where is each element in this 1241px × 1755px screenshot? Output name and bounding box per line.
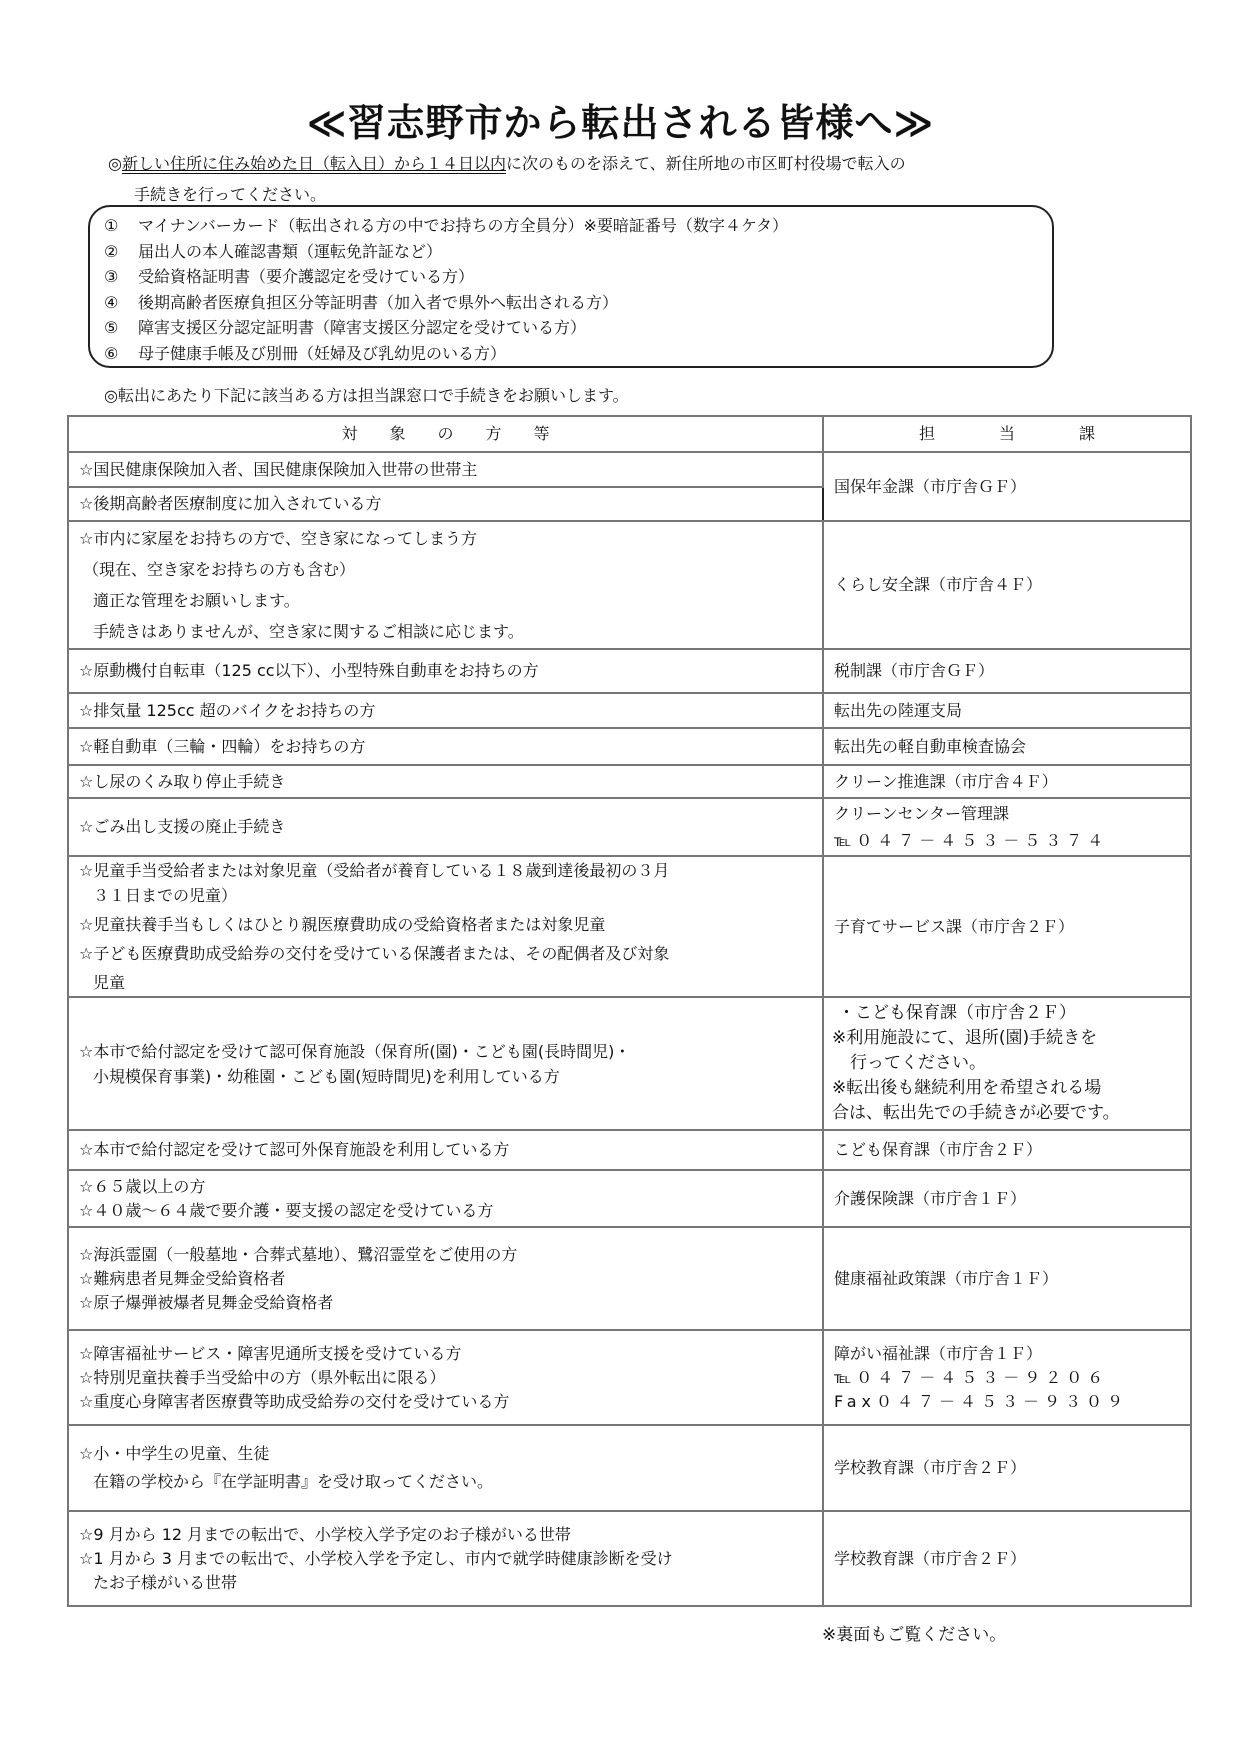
required-documents-box: ①マイナンバーカード（転出される方の中でお持ちの方全員分）※要暗証番号（数字４ケ…	[88, 205, 1054, 368]
target-line: ☆児童扶養手当もしくはひとり親医療費助成の受給資格者または対象児童	[79, 912, 822, 937]
department-line: 合は、転出先での手続きが必要です。	[832, 1101, 1190, 1126]
department-cell: 介護保険課（市庁舎１Ｆ）	[823, 1170, 1191, 1227]
target-line: たお子様がいる世帯	[79, 1571, 822, 1595]
target-line: ☆重度心身障害者医療費等助成受給券の交付を受けている方	[79, 1390, 822, 1414]
department-line: こども保育課（市庁舎２Ｆ）	[834, 1140, 1042, 1159]
table-row: ☆障害福祉サービス・障害児通所支援を受けている方 ☆特別児童扶養手当受給中の方（…	[68, 1330, 1191, 1425]
department-line: 国保年金課（市庁舎ＧＦ）	[834, 477, 1026, 496]
department-line: 学校教育課（市庁舎２Ｆ）	[834, 1549, 1026, 1568]
department-line: 子育てサービス課（市庁舎２Ｆ）	[834, 917, 1074, 936]
department-cell: 学校教育課（市庁舎２Ｆ）	[823, 1425, 1191, 1511]
target-cell: ☆海浜霊園（一般墓地・合葬式墓地）、鷺沼霊堂をご使用の方 ☆難病患者見舞金受給資…	[68, 1227, 823, 1330]
target-cell: ☆9 月から 12 月までの転出で、小学校入学予定のお子様がいる世帯 ☆1 月か…	[68, 1511, 823, 1606]
department-cell: 子育てサービス課（市庁舎２Ｆ）	[823, 856, 1191, 997]
document-item: ⑥母子健康手帳及び別冊（妊婦及び乳幼児のいる方）	[104, 341, 1052, 367]
table-row: ☆原動機付自転車（125 cc以下）、小型特殊自動車をお持ちの方 税制課（市庁舎…	[68, 649, 1191, 693]
department-cell: ・こども保育課（市庁舎２Ｆ） ※利用施設にて、退所(園)手続きを 行ってください…	[823, 997, 1191, 1130]
document-item: ①マイナンバーカード（転出される方の中でお持ちの方全員分）※要暗証番号（数字４ケ…	[104, 213, 1052, 239]
intro-rest: に次のものを添えて、新住所地の市区町村役場で転入の	[506, 154, 906, 173]
table-row: ☆ごみ出し支援の廃止手続き クリーンセンター管理課 ℡０４７－４５３－５３７４	[68, 798, 1191, 856]
target-cell: ☆ごみ出し支援の廃止手続き	[68, 798, 823, 856]
target-line: ☆特別児童扶養手当受給中の方（県外転出に限る）	[79, 1366, 822, 1390]
target-cell: ☆排気量 125cc 超のバイクをお持ちの方	[68, 693, 823, 728]
target-line: ☆ごみ出し支援の廃止手続き	[79, 817, 285, 836]
item-number: ⑥	[104, 341, 138, 367]
department-line: 行ってください。	[832, 1051, 1190, 1076]
document-item: ⑤障害支援区分認定証明書（障害支援区分認定を受けている方）	[104, 315, 1052, 341]
target-cell: ☆し尿のくみ取り停止手続き	[68, 765, 823, 798]
department-cell: 転出先の陸運支局	[823, 693, 1191, 728]
item-number: ②	[104, 239, 138, 265]
department-line: ※転出後も継続利用を希望される場	[832, 1076, 1190, 1101]
target-line: ☆し尿のくみ取り停止手続き	[79, 772, 285, 791]
target-line: ☆６５歳以上の方	[79, 1175, 822, 1199]
department-cell: くらし安全課（市庁舎４Ｆ）	[823, 521, 1191, 649]
department-line: 健康福祉政策課（市庁舎１Ｆ）	[834, 1269, 1058, 1288]
department-line: ・こども保育課（市庁舎２Ｆ）	[832, 1001, 1190, 1026]
target-line: ☆9 月から 12 月までの転出で、小学校入学予定のお子様がいる世帯	[79, 1523, 822, 1547]
table-row: ☆し尿のくみ取り停止手続き クリーン推進課（市庁舎４Ｆ）	[68, 765, 1191, 798]
target-line: ☆本市で給付認定を受けて認可外保育施設を利用している方	[79, 1140, 509, 1159]
target-cell: ☆児童手当受給者または対象児童（受給者が養育している１８歳到達後最初の３月 ３１…	[68, 856, 823, 997]
item-text: 後期高齢者医療負担区分等証明書（加入者で県外へ転出される方）	[138, 293, 618, 312]
department-cell: 学校教育課（市庁舎２Ｆ）	[823, 1511, 1191, 1606]
department-line: クリーン推進課（市庁舎４Ｆ）	[834, 772, 1058, 791]
department-line: ※利用施設にて、退所(園)手続きを	[832, 1026, 1190, 1051]
phone-number: ℡０４７－４５３－９２０６	[834, 1366, 1190, 1390]
intro-text: ◎新しい住所に住み始めた日（転入日）から１４日以内に次のものを添えて、新住所地の…	[108, 148, 1168, 210]
table-row: ☆軽自動車（三輪・四輪）をお持ちの方 転出先の軽自動車検査協会	[68, 728, 1191, 765]
table-row: ☆9 月から 12 月までの転出で、小学校入学予定のお子様がいる世帯 ☆1 月か…	[68, 1511, 1191, 1606]
item-text: 受給資格証明書（要介護認定を受けている方）	[138, 267, 474, 286]
item-number: ⑤	[104, 315, 138, 341]
document-item: ③受給資格証明書（要介護認定を受けている方）	[104, 264, 1052, 290]
target-line: ☆児童手当受給者または対象児童（受給者が養育している１８歳到達後最初の３月	[79, 858, 822, 883]
table-header-row: 対 象 の 方 等 担 当 課	[68, 416, 1191, 452]
target-cell: ☆小・中学生の児童、生徒 在籍の学校から『在学証明書』を受け取ってください。	[68, 1425, 823, 1511]
target-cell: ☆後期高齢者医療制度に加入されている方	[68, 487, 823, 521]
target-line: 小規模保育事業)・幼稚園・こども園(短時間児)を利用している方	[79, 1064, 822, 1089]
table-row: ☆排気量 125cc 超のバイクをお持ちの方 転出先の陸運支局	[68, 693, 1191, 728]
target-line: ☆本市で給付認定を受けて認可保育施設（保育所(園)・こども園(長時間児)・	[79, 1039, 822, 1064]
item-text: 届出人の本人確認書類（運転免許証など）	[138, 242, 442, 261]
table-row: ☆６５歳以上の方 ☆４０歳～６４歳で要介護・要支援の認定を受けている方 介護保険…	[68, 1170, 1191, 1227]
department-cell: クリーンセンター管理課 ℡０４７－４５３－５３７４	[823, 798, 1191, 856]
department-cell: クリーン推進課（市庁舎４Ｆ）	[823, 765, 1191, 798]
target-line: ☆後期高齢者医療制度に加入されている方	[79, 494, 381, 513]
target-cell: ☆国民健康保険加入者、国民健康保険加入世帯の世帯主	[68, 452, 823, 487]
table-row: ☆海浜霊園（一般墓地・合葬式墓地）、鷺沼霊堂をご使用の方 ☆難病患者見舞金受給資…	[68, 1227, 1191, 1330]
target-line: ☆軽自動車（三輪・四輪）をお持ちの方	[79, 737, 365, 756]
target-line: ☆原動機付自転車（125 cc以下）、小型特殊自動車をお持ちの方	[79, 661, 539, 680]
department-line: 障がい福祉課（市庁舎１Ｆ）	[834, 1342, 1190, 1366]
table-row: ☆小・中学生の児童、生徒 在籍の学校から『在学証明書』を受け取ってください。 学…	[68, 1425, 1191, 1511]
target-line: 児童	[79, 970, 822, 995]
department-line: 学校教育課（市庁舎２Ｆ）	[834, 1458, 1026, 1477]
target-line: ☆国民健康保険加入者、国民健康保険加入世帯の世帯主	[79, 460, 477, 479]
target-line: ☆海浜霊園（一般墓地・合葬式墓地）、鷺沼霊堂をご使用の方	[79, 1243, 822, 1267]
target-cell: ☆本市で給付認定を受けて認可保育施設（保育所(園)・こども園(長時間児)・ 小規…	[68, 997, 823, 1130]
target-line: 手続きはありませんが、空き家に関するご相談に応じます。	[79, 616, 822, 647]
department-cell: 国保年金課（市庁舎ＧＦ）	[823, 452, 1191, 521]
procedures-table: 対 象 の 方 等 担 当 課 ☆国民健康保険加入者、国民健康保険加入世帯の世帯…	[67, 415, 1192, 1607]
department-line: 転出先の陸運支局	[834, 701, 962, 720]
item-number: ③	[104, 264, 138, 290]
document-item: ④後期高齢者医療負担区分等証明書（加入者で県外へ転出される方）	[104, 290, 1052, 316]
department-line: くらし安全課（市庁舎４Ｆ）	[834, 575, 1042, 594]
target-line: 適正な管理をお願いします。	[79, 585, 822, 616]
target-line: ☆原子爆弾被爆者見舞金受給資格者	[79, 1291, 822, 1315]
table-row: ☆国民健康保険加入者、国民健康保険加入世帯の世帯主 国保年金課（市庁舎ＧＦ）	[68, 452, 1191, 487]
department-line: 転出先の軽自動車検査協会	[834, 737, 1026, 756]
table-row: ☆本市で給付認定を受けて認可外保育施設を利用している方 こども保育課（市庁舎２Ｆ…	[68, 1130, 1191, 1170]
target-cell: ☆原動機付自転車（125 cc以下）、小型特殊自動車をお持ちの方	[68, 649, 823, 693]
department-line: 税制課（市庁舎ＧＦ）	[834, 661, 994, 680]
header-department: 担 当 課	[823, 416, 1191, 452]
table-row: ☆児童手当受給者または対象児童（受給者が養育している１８歳到達後最初の３月 ３１…	[68, 856, 1191, 997]
target-cell: ☆本市で給付認定を受けて認可外保育施設を利用している方	[68, 1130, 823, 1170]
department-cell: 税制課（市庁舎ＧＦ）	[823, 649, 1191, 693]
phone-number: ℡０４７－４５３－５３７４	[834, 827, 1190, 854]
department-cell: 障がい福祉課（市庁舎１Ｆ） ℡０４７－４５３－９２０６ Fax０４７－４５３－９…	[823, 1330, 1191, 1425]
item-number: ①	[104, 213, 138, 239]
fax-number: Fax０４７－４５３－９３０９	[834, 1390, 1190, 1414]
target-line: ☆1 月から 3 月までの転出で、小学校入学を予定し、市内で就学時健康診断を受け	[79, 1547, 822, 1571]
target-cell: ☆障害福祉サービス・障害児通所支援を受けている方 ☆特別児童扶養手当受給中の方（…	[68, 1330, 823, 1425]
department-line: 介護保険課（市庁舎１Ｆ）	[834, 1189, 1026, 1208]
item-text: 母子健康手帳及び別冊（妊婦及び乳幼児のいる方）	[138, 344, 506, 363]
table-row: ☆本市で給付認定を受けて認可保育施設（保育所(園)・こども園(長時間児)・ 小規…	[68, 997, 1191, 1130]
page-title: ≪習志野市から転出される皆様へ≫	[0, 92, 1241, 147]
target-line: ☆市内に家屋をお持ちの方で、空き家になってしまう方	[79, 523, 822, 554]
target-line: ☆排気量 125cc 超のバイクをお持ちの方	[79, 701, 375, 720]
target-line: ３１日までの児童）	[79, 883, 822, 908]
department-cell: こども保育課（市庁舎２Ｆ）	[823, 1130, 1191, 1170]
target-line: ☆小・中学生の児童、生徒	[79, 1440, 822, 1468]
target-line: （現在、空き家をお持ちの方も含む）	[79, 554, 822, 585]
target-cell: ☆市内に家屋をお持ちの方で、空き家になってしまう方 （現在、空き家をお持ちの方も…	[68, 521, 823, 649]
table-row: ☆市内に家屋をお持ちの方で、空き家になってしまう方 （現在、空き家をお持ちの方も…	[68, 521, 1191, 649]
target-cell: ☆軽自動車（三輪・四輪）をお持ちの方	[68, 728, 823, 765]
header-target: 対 象 の 方 等	[68, 416, 823, 452]
target-cell: ☆６５歳以上の方 ☆４０歳～６４歳で要介護・要支援の認定を受けている方	[68, 1170, 823, 1227]
item-text: 障害支援区分認定証明書（障害支援区分認定を受けている方）	[138, 318, 586, 337]
department-cell: 健康福祉政策課（市庁舎１Ｆ）	[823, 1227, 1191, 1330]
item-text: マイナンバーカード（転出される方の中でお持ちの方全員分）※要暗証番号（数字４ケタ…	[138, 216, 788, 235]
footnote-see-reverse: ※裏面もご覧ください。	[822, 1620, 1006, 1645]
procedure-note: ◎転出にあたり下記に該当ある方は担当課窓口で手続きをお願いします。	[104, 383, 629, 406]
target-line: ☆障害福祉サービス・障害児通所支援を受けている方	[79, 1342, 822, 1366]
target-line: ☆４０歳～６４歳で要介護・要支援の認定を受けている方	[79, 1199, 822, 1223]
target-line: ☆子ども医療費助成受給券の交付を受けている保護者または、その配偶者及び対象	[79, 941, 822, 966]
intro-mark: ◎	[108, 154, 122, 173]
target-line: 在籍の学校から『在学証明書』を受け取ってください。	[79, 1468, 822, 1496]
department-cell: 転出先の軽自動車検査協会	[823, 728, 1191, 765]
item-number: ④	[104, 290, 138, 316]
document-item: ②届出人の本人確認書類（運転免許証など）	[104, 239, 1052, 265]
target-line: ☆難病患者見舞金受給資格者	[79, 1267, 822, 1291]
intro-deadline: 新しい住所に住み始めた日（転入日）から１４日以内	[122, 154, 506, 173]
department-line: クリーンセンター管理課	[834, 800, 1190, 827]
